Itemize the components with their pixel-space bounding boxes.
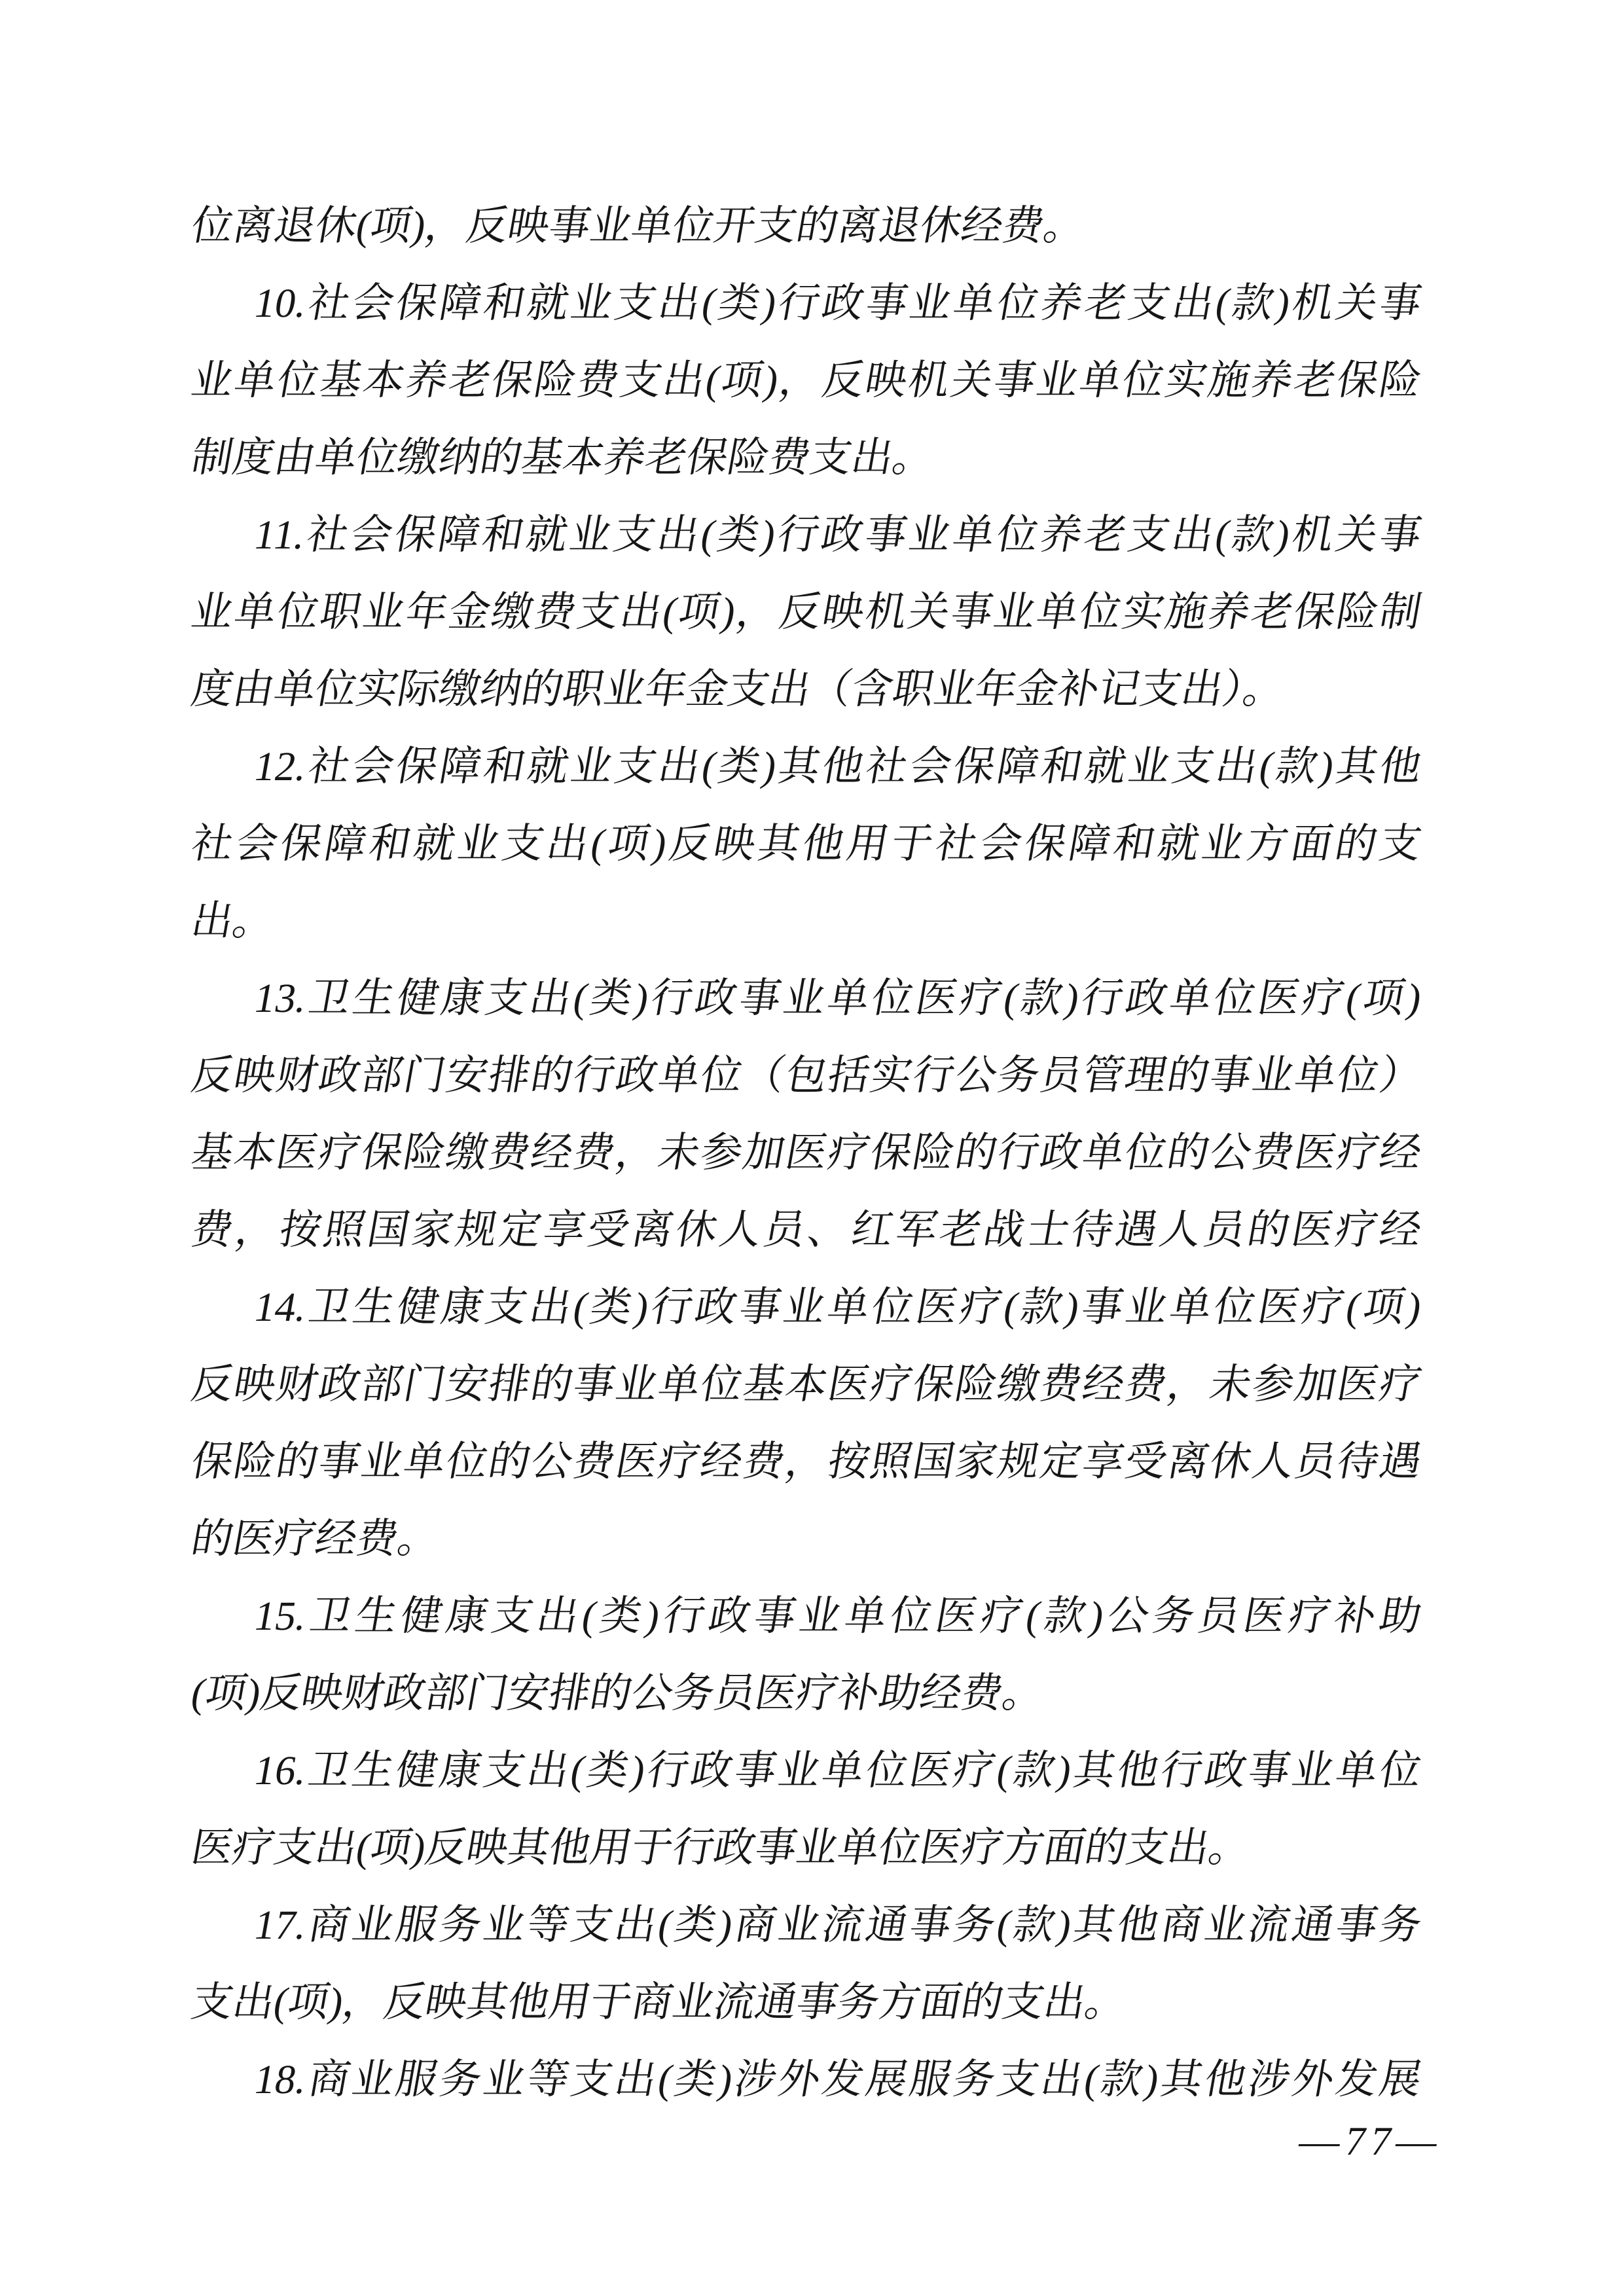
text-line: 保险的事业单位的公费医疗经费，按照国家规定享受离休人员待遇: [185, 1423, 1428, 1500]
text-line: 制度由单位缴纳的基本养老保险费支出。: [185, 419, 1428, 496]
text-line: 11.社会保障和就业支出(类)行政事业单位养老支出(款)机关事: [185, 496, 1428, 573]
text-line: 12.社会保障和就业支出(类)其他社会保障和就业支出(款)其他: [185, 728, 1428, 805]
text-line: 出。: [185, 882, 1428, 960]
document-text-block: 位离退休(项)，反映事业单位开支的离退休经费。 10.社会保障和就业支出(类)行…: [188, 187, 1417, 2118]
text-line: 反映财政部门安排的事业单位基本医疗保险缴费经费，未参加医疗: [185, 1346, 1428, 1423]
text-line: 18.商业服务业等支出(类)涉外发展服务支出(款)其他涉外发展: [185, 2041, 1428, 2118]
document-page: 位离退休(项)，反映事业单位开支的离退休经费。 10.社会保障和就业支出(类)行…: [0, 0, 1624, 2296]
text-line: 13.卫生健康支出(类)行政事业单位医疗(款)行政单位医疗(项): [185, 960, 1428, 1037]
text-line: 业单位职业年金缴费支出(项)，反映机关事业单位实施养老保险制: [185, 573, 1428, 651]
text-line: 医疗支出(项)反映其他用于行政事业单位医疗方面的支出。: [185, 1809, 1428, 1886]
text-line: 14.卫生健康支出(类)行政事业单位医疗(款)事业单位医疗(项): [185, 1268, 1428, 1346]
text-line: 10.社会保障和就业支出(类)行政事业单位养老支出(款)机关事: [185, 264, 1428, 342]
text-line: 度由单位实际缴纳的职业年金支出（含职业年金补记支出）。: [185, 651, 1428, 728]
text-line: 基本医疗保险缴费经费，未参加医疗保险的行政单位的公费医疗经: [185, 1114, 1428, 1191]
text-line: 费，按照国家规定享受离休人员、红军老战士待遇人员的医疗经费。: [185, 1191, 1428, 1268]
text-line: (项)反映财政部门安排的公务员医疗补助经费。: [185, 1655, 1428, 1732]
text-line: 社会保障和就业支出(项)反映其他用于社会保障和就业方面的支: [185, 805, 1428, 882]
text-line: 15.卫生健康支出(类)行政事业单位医疗(款)公务员医疗补助: [185, 1577, 1428, 1655]
page-number: —77—: [1293, 2109, 1448, 2174]
text-line: 业单位基本养老保险费支出(项)，反映机关事业单位实施养老保险: [185, 342, 1428, 419]
text-line: 位离退休(项)，反映事业单位开支的离退休经费。: [185, 187, 1428, 264]
text-line: 17.商业服务业等支出(类)商业流通事务(款)其他商业流通事务: [185, 1886, 1428, 1964]
text-line: 反映财政部门安排的行政单位（包括实行公务员管理的事业单位）: [185, 1037, 1428, 1114]
text-line: 16.卫生健康支出(类)行政事业单位医疗(款)其他行政事业单位: [185, 1732, 1428, 1809]
text-line: 支出(项)，反映其他用于商业流通事务方面的支出。: [185, 1964, 1428, 2041]
text-line: 的医疗经费。: [185, 1500, 1428, 1577]
